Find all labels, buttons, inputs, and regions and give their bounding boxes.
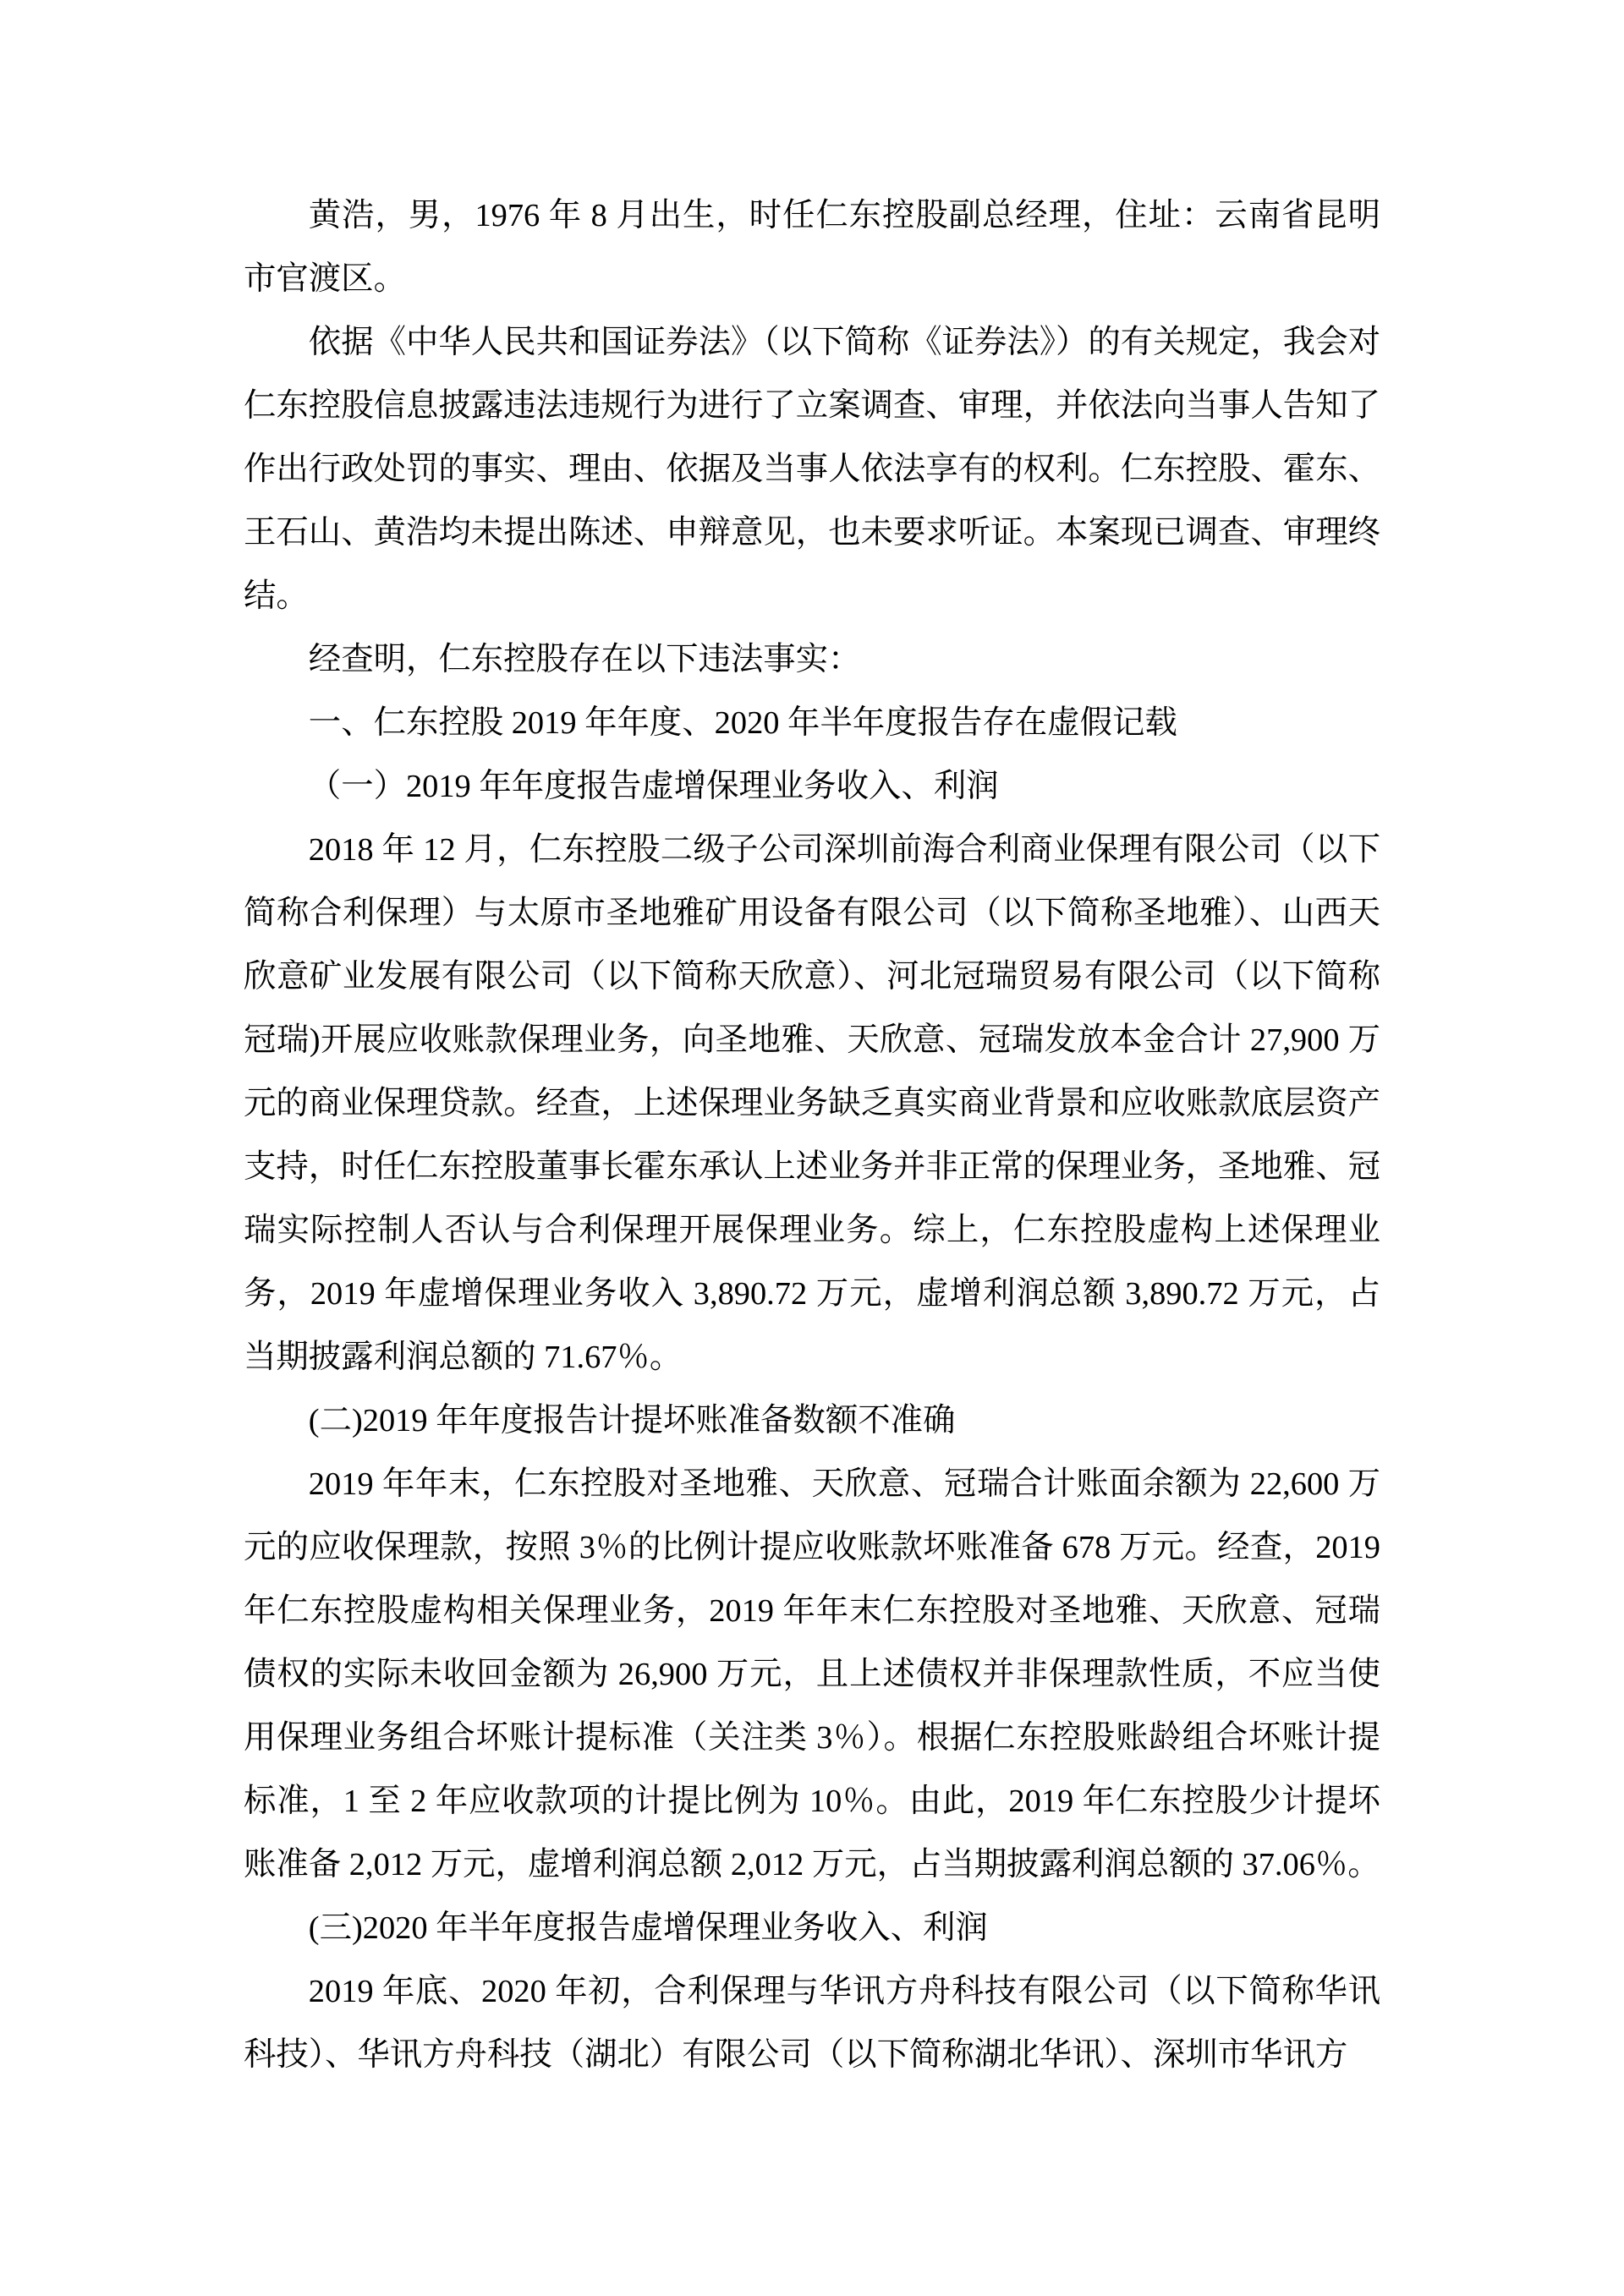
heading-section-1: 一、仁东控股 2019 年年度、2020 年半年度报告存在虚假记载	[244, 692, 1380, 755]
heading-subsection-1-1: （一）2019 年年度报告虚增保理业务收入、利润	[244, 755, 1380, 819]
para-findings-intro: 经查明，仁东控股存在以下违法事实：	[244, 628, 1380, 692]
para-2019-2020-huaxun: 2019 年底、2020 年初，合利保理与华讯方舟科技有限公司（以下简称华讯科技…	[244, 1960, 1380, 2087]
para-2019-bad-debt: 2019 年年末，仁东控股对圣地雅、天欣意、冠瑞合计账面余额为 22,600 万…	[244, 1453, 1380, 1897]
document-body: 黄浩，男，1976 年 8 月出生，时任仁东控股副总经理，住址：云南省昆明市官渡…	[244, 184, 1380, 2087]
para-huang-hao-info: 黄浩，男，1976 年 8 月出生，时任仁东控股副总经理，住址：云南省昆明市官渡…	[244, 184, 1380, 311]
para-2018-factoring: 2018 年 12 月，仁东控股二级子公司深圳前海合利商业保理有限公司（以下简称…	[244, 819, 1380, 1389]
heading-subsection-1-3: (三)2020 年半年度报告虚增保理业务收入、利润	[244, 1897, 1380, 1960]
document-page: 黄浩，男，1976 年 8 月出生，时任仁东控股副总经理，住址：云南省昆明市官渡…	[0, 0, 1624, 2296]
heading-subsection-1-2: (二)2019 年年度报告计提坏账准备数额不准确	[244, 1389, 1380, 1453]
para-legal-basis: 依据《中华人民共和国证券法》（以下简称《证券法》）的有关规定，我会对仁东控股信息…	[244, 311, 1380, 628]
